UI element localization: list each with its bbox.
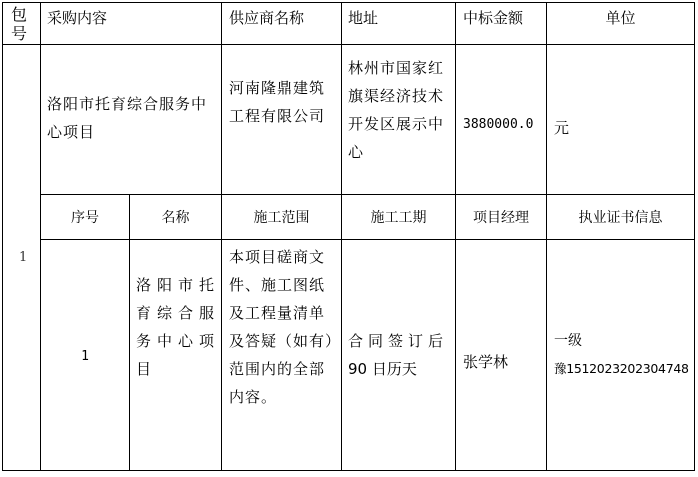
cell-period: 合同签订后 90 日历天 bbox=[341, 239, 456, 471]
subheader-name: 名称 bbox=[129, 194, 222, 240]
header-procurement-content: 采购内容 bbox=[40, 2, 222, 45]
cell-name: 洛阳市托育综合服务中心项目 bbox=[129, 239, 222, 471]
period-line2: 90 日历天 bbox=[348, 355, 456, 383]
subheader-seq: 序号 bbox=[40, 194, 130, 240]
seq-value: 1 bbox=[40, 349, 130, 364]
header-bid-amount: 中标金额 bbox=[455, 2, 547, 45]
subheader-period: 施工工期 bbox=[341, 194, 456, 240]
cell-address: 林州市国家红旗渠经济技术开发区展示中心 bbox=[341, 44, 456, 195]
header-supplier-name-label: 供应商名称 bbox=[229, 7, 304, 28]
header-package-no-line1: 包 bbox=[11, 5, 27, 24]
header-supplier-name: 供应商名称 bbox=[221, 2, 342, 45]
certificate-value: 一级 豫1512023202304748 bbox=[554, 327, 694, 383]
cell-supplier-name: 河南隆鼎建筑工程有限公司 bbox=[221, 44, 342, 195]
cell-seq: 1 bbox=[40, 239, 130, 471]
period-line1: 合同签订后 bbox=[348, 327, 456, 355]
subheader-scope-label: 施工范围 bbox=[221, 207, 342, 227]
manager-value: 张学林 bbox=[463, 351, 508, 372]
header-unit: 单位 bbox=[546, 2, 695, 45]
bid-amount-value: 3880000.0 bbox=[463, 117, 533, 132]
subheader-certificate-label: 执业证书信息 bbox=[546, 207, 695, 227]
cell-unit: 元 bbox=[546, 44, 695, 195]
header-package-no: 包 号 bbox=[2, 2, 41, 45]
unit-value: 元 bbox=[554, 117, 569, 138]
header-unit-label: 单位 bbox=[546, 7, 695, 28]
cell-package-no: 1 bbox=[2, 44, 41, 471]
address-value: 林州市国家红旗渠经济技术开发区展示中心 bbox=[348, 54, 454, 166]
header-package-no-line2: 号 bbox=[11, 24, 27, 43]
subheader-period-label: 施工工期 bbox=[341, 207, 456, 227]
subheader-scope: 施工范围 bbox=[221, 194, 342, 240]
cell-scope: 本项目磋商文件、施工图纸及工程量清单及答疑（如有）范围内的全部内容。 bbox=[221, 239, 342, 471]
procurement-content-value: 洛阳市托育综合服务中心项目 bbox=[47, 90, 217, 146]
cell-manager: 张学林 bbox=[455, 239, 547, 471]
header-bid-amount-label: 中标金额 bbox=[463, 7, 523, 28]
header-address-label: 地址 bbox=[348, 7, 378, 28]
scope-value: 本项目磋商文件、施工图纸及工程量清单及答疑（如有）范围内的全部内容。 bbox=[229, 243, 339, 411]
subheader-certificate: 执业证书信息 bbox=[546, 194, 695, 240]
period-value: 合同签订后 90 日历天 bbox=[348, 327, 456, 383]
cell-procurement-content: 洛阳市托育综合服务中心项目 bbox=[40, 44, 222, 195]
certificate-line1: 一级 bbox=[554, 327, 694, 355]
subheader-manager: 项目经理 bbox=[455, 194, 547, 240]
cell-bid-amount: 3880000.0 bbox=[455, 44, 547, 195]
name-value: 洛阳市托育综合服务中心项目 bbox=[136, 271, 220, 383]
cell-certificate: 一级 豫1512023202304748 bbox=[546, 239, 695, 471]
header-procurement-content-label: 采购内容 bbox=[47, 7, 107, 28]
supplier-name-value: 河南隆鼎建筑工程有限公司 bbox=[229, 74, 339, 130]
subheader-name-label: 名称 bbox=[129, 207, 222, 227]
subheader-manager-label: 项目经理 bbox=[455, 207, 547, 227]
header-address: 地址 bbox=[341, 2, 456, 45]
subheader-seq-label: 序号 bbox=[40, 207, 130, 227]
certificate-line2: 豫1512023202304748 bbox=[554, 355, 694, 383]
package-no-value: 1 bbox=[19, 250, 27, 265]
